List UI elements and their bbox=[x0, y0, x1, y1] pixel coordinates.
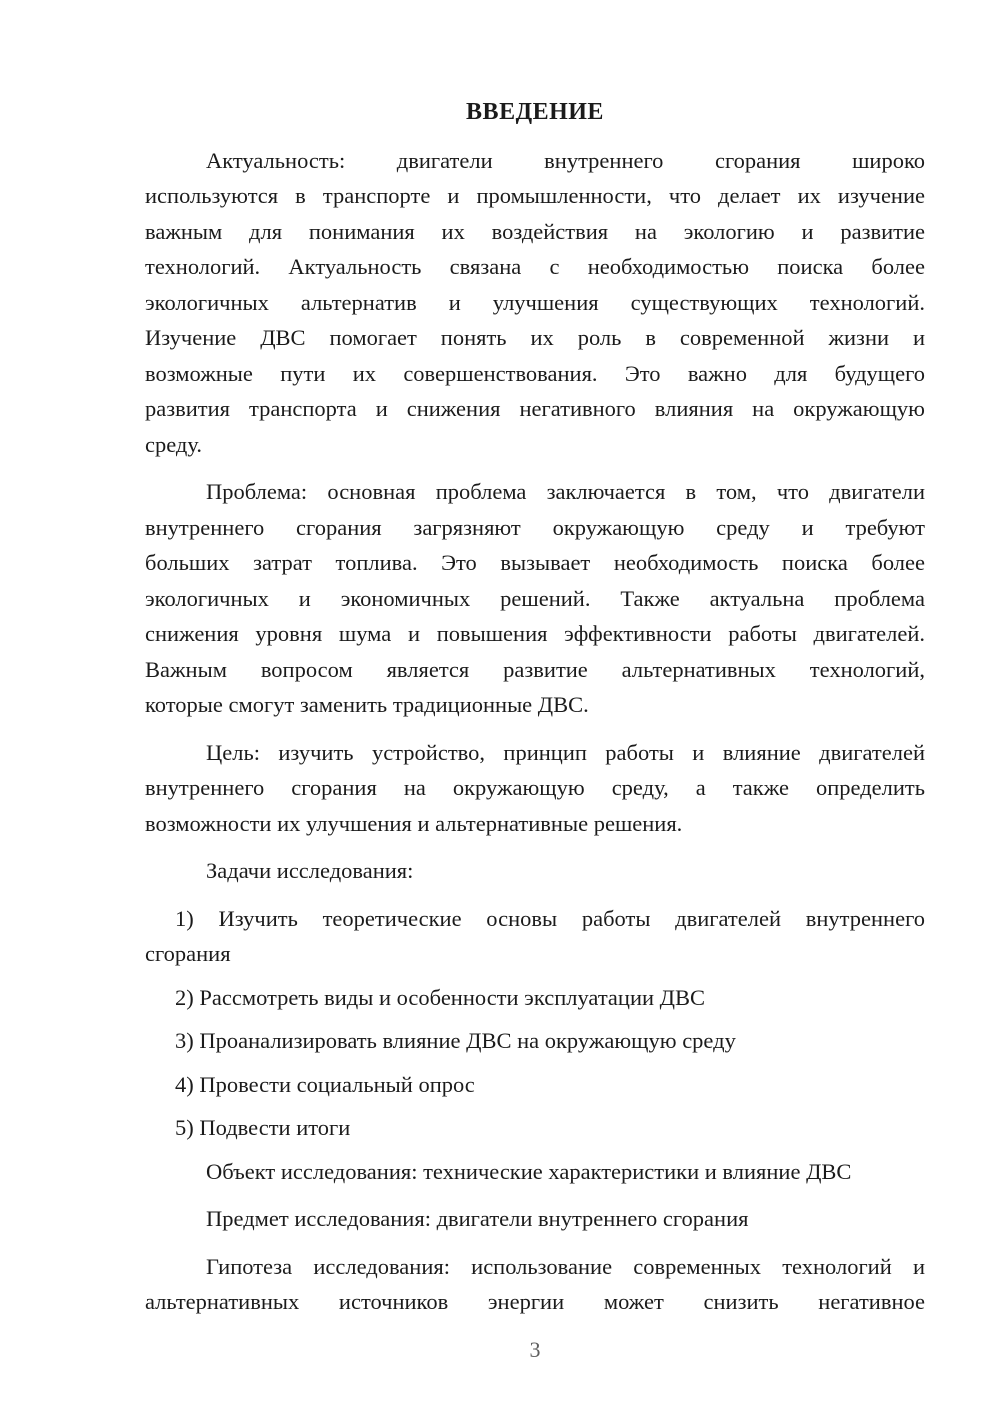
document-page: ВВЕДЕНИЕ Актуальность: двигатели внутрен… bbox=[0, 0, 1000, 1414]
text-line: 4) Провести социальный опрос bbox=[145, 1067, 925, 1103]
text-line: 3) Проанализировать влияние ДВС на окруж… bbox=[145, 1023, 925, 1059]
paragraph: Предмет исследования: двигатели внутренн… bbox=[145, 1201, 925, 1237]
list-item: 1) Изучить теоретические основы работы д… bbox=[145, 901, 925, 972]
text-line: внутреннего сгорания загрязняют окружающ… bbox=[145, 510, 925, 546]
text-line: экологичных альтернатив и улучшения суще… bbox=[145, 285, 925, 321]
text-line: технологий. Актуальность связана с необх… bbox=[145, 249, 925, 285]
text-line: экологичных и экономичных решений. Также… bbox=[145, 581, 925, 617]
text-line: которые смогут заменить традиционные ДВС… bbox=[145, 687, 925, 723]
text-line: важным для понимания их воздействия на э… bbox=[145, 214, 925, 250]
text-line: возможности их улучшения и альтернативны… bbox=[145, 806, 925, 842]
text-line: 5) Подвести итоги bbox=[145, 1110, 925, 1146]
text-line: 1) Изучить теоретические основы работы д… bbox=[145, 901, 925, 937]
paragraph: Проблема: основная проблема заключается … bbox=[145, 474, 925, 723]
text-line: Объект исследования: технические характе… bbox=[145, 1154, 925, 1190]
text-line: Изучение ДВС помогает понять их роль в с… bbox=[145, 320, 925, 356]
text-line: Проблема: основная проблема заключается … bbox=[145, 474, 925, 510]
paragraph: Цель: изучить устройство, принцип работы… bbox=[145, 735, 925, 842]
text-line: развития транспорта и снижения негативно… bbox=[145, 391, 925, 427]
text-line: Цель: изучить устройство, принцип работы… bbox=[145, 735, 925, 771]
page-number: 3 bbox=[145, 1332, 925, 1368]
text-line: среду. bbox=[145, 427, 925, 463]
document-body: Актуальность: двигатели внутреннего сгор… bbox=[145, 143, 925, 1320]
list-item: 2) Рассмотреть виды и особенности эксплу… bbox=[145, 980, 925, 1016]
paragraph: Объект исследования: технические характе… bbox=[145, 1154, 925, 1190]
text-line: 2) Рассмотреть виды и особенности эксплу… bbox=[145, 980, 925, 1016]
text-line: больших затрат топлива. Это вызывает нео… bbox=[145, 545, 925, 581]
text-line: Задачи исследования: bbox=[145, 853, 925, 889]
list-item: 3) Проанализировать влияние ДВС на окруж… bbox=[145, 1023, 925, 1059]
text-line: внутреннего сгорания на окружающую среду… bbox=[145, 770, 925, 806]
page-title: ВВЕДЕНИЕ bbox=[145, 95, 925, 131]
list-item: 5) Подвести итоги bbox=[145, 1110, 925, 1146]
text-line: снижения уровня шума и повышения эффекти… bbox=[145, 616, 925, 652]
list-item: 4) Провести социальный опрос bbox=[145, 1067, 925, 1103]
text-line: возможные пути их совершенствования. Это… bbox=[145, 356, 925, 392]
text-line: Важным вопросом является развитие альтер… bbox=[145, 652, 925, 688]
paragraph: Задачи исследования: bbox=[145, 853, 925, 889]
paragraph: Актуальность: двигатели внутреннего сгор… bbox=[145, 143, 925, 463]
text-line: альтернативных источников энергии может … bbox=[145, 1284, 925, 1320]
text-line: Гипотеза исследования: использование сов… bbox=[145, 1249, 925, 1285]
text-line: сгорания bbox=[145, 936, 925, 972]
text-line: Предмет исследования: двигатели внутренн… bbox=[145, 1201, 925, 1237]
paragraph: Гипотеза исследования: использование сов… bbox=[145, 1249, 925, 1320]
text-line: используются в транспорте и промышленнос… bbox=[145, 178, 925, 214]
text-line: Актуальность: двигатели внутреннего сгор… bbox=[145, 143, 925, 179]
